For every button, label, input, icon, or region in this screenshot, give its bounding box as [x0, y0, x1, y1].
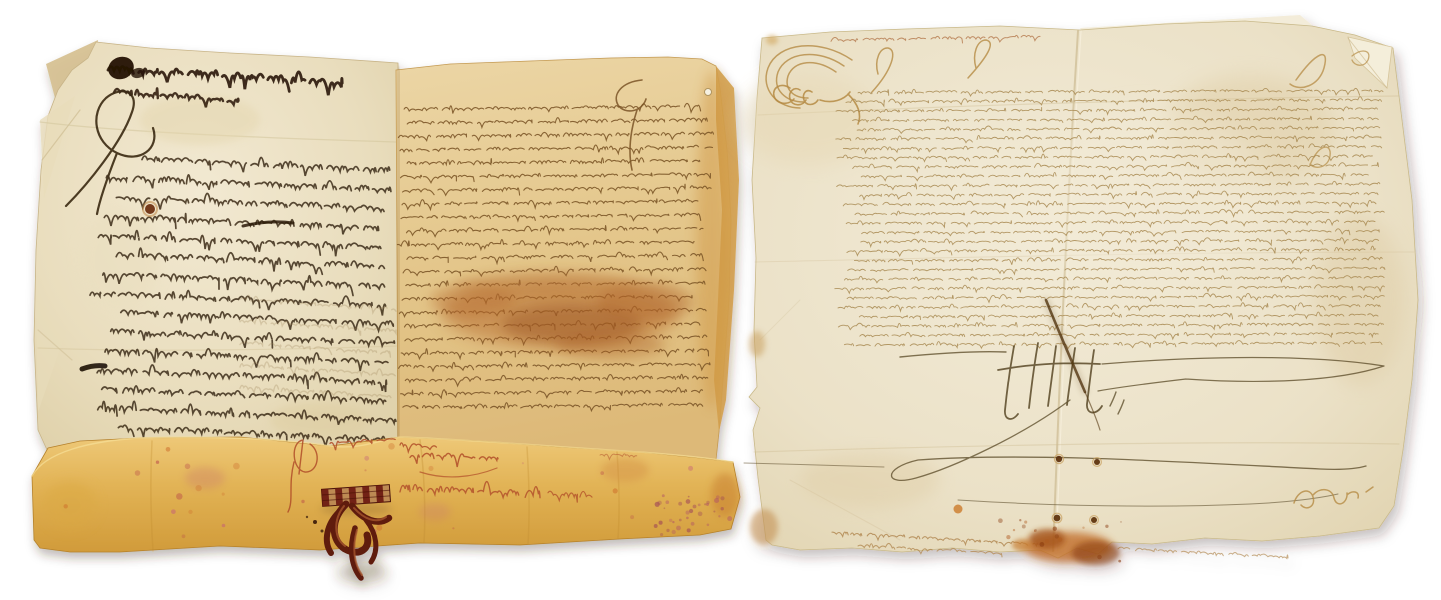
speckle	[720, 496, 724, 500]
plica-blotch	[419, 503, 451, 521]
speckle	[428, 466, 433, 471]
speckle	[693, 505, 697, 509]
inner-page	[396, 57, 731, 462]
manuscript-line	[1118, 547, 1288, 558]
speckle	[688, 496, 690, 498]
plica-blotch	[601, 458, 649, 482]
speckle	[166, 447, 171, 452]
edge-stain-bottom-left	[750, 509, 778, 545]
speckle	[665, 500, 669, 504]
speckle	[522, 462, 524, 464]
speckle	[679, 519, 682, 522]
ribbon-stripe	[376, 485, 384, 502]
speckle	[1118, 560, 1121, 563]
speckle	[721, 507, 724, 510]
speckle	[1120, 521, 1122, 523]
speckle	[714, 498, 719, 503]
manuscript-photo-canvas	[0, 0, 1441, 600]
speckle	[1045, 539, 1049, 543]
speckle	[222, 524, 226, 528]
edge-stain-top	[766, 35, 778, 45]
ribbon-stripe	[362, 486, 370, 503]
speckle	[188, 510, 192, 514]
ribbon-stripe	[321, 489, 329, 506]
speckle	[222, 493, 225, 496]
speckle	[1006, 535, 1010, 539]
speckle	[727, 516, 732, 521]
speckle	[1105, 525, 1108, 528]
rust-stain-edge	[1012, 539, 1032, 551]
speckle	[698, 504, 701, 507]
ink-speck	[313, 520, 317, 524]
speckle	[376, 525, 382, 531]
speckle	[662, 494, 665, 497]
speckle	[1013, 529, 1015, 531]
speckle	[182, 534, 186, 538]
speckle	[364, 456, 369, 461]
speckle	[195, 485, 201, 491]
punch-hole	[705, 89, 712, 96]
speckle	[233, 463, 240, 470]
speckle	[678, 502, 682, 506]
fold-hole	[1094, 459, 1100, 465]
ribbon-stripe	[335, 488, 343, 505]
speckle	[185, 464, 191, 470]
ribbon-stripe	[349, 487, 357, 504]
speckle	[135, 470, 141, 476]
plica-blotch	[711, 473, 739, 517]
speckle	[704, 503, 706, 505]
speckle	[63, 504, 67, 508]
speckle	[666, 529, 669, 532]
left-document	[32, 40, 740, 581]
speckle	[672, 521, 674, 523]
speckle	[613, 488, 618, 493]
speckle	[1058, 537, 1063, 542]
speckle	[452, 527, 454, 529]
edge-stain-left	[749, 331, 765, 357]
speckle	[672, 530, 676, 534]
rust-stain-core	[1072, 541, 1120, 565]
speckle	[1019, 519, 1021, 521]
speckle	[689, 509, 693, 513]
bottom-note-3	[1118, 547, 1288, 558]
speckle	[176, 493, 183, 500]
ink-speck	[306, 516, 308, 518]
speckle	[388, 443, 395, 450]
speckle	[664, 507, 666, 509]
speckle	[713, 510, 715, 512]
fold-hole	[1054, 515, 1061, 522]
right-document	[740, 15, 1418, 565]
speckle	[1034, 530, 1036, 532]
speckle	[654, 524, 658, 528]
speckle	[691, 522, 695, 526]
speckle	[1055, 534, 1059, 538]
ink-speck	[321, 530, 324, 533]
speckle	[660, 533, 663, 536]
speckle	[707, 523, 710, 526]
speckle	[718, 515, 720, 517]
speckle	[676, 526, 681, 531]
speckle	[301, 500, 304, 503]
plica-blotch	[185, 467, 225, 489]
orange-spot	[954, 505, 963, 514]
speckle	[1097, 555, 1102, 560]
speckle	[659, 521, 663, 525]
speckle	[171, 509, 176, 514]
speckle	[364, 469, 366, 471]
speckle	[1040, 542, 1045, 547]
speckle	[686, 517, 689, 520]
speckle	[669, 519, 672, 522]
speckle	[1024, 521, 1027, 524]
page-gap-shadow	[398, 70, 399, 458]
burn-hole	[145, 204, 155, 214]
speckle	[156, 461, 159, 464]
speckle	[655, 502, 660, 507]
age-blotch	[140, 95, 260, 145]
speckle	[998, 518, 1003, 523]
stain-spread	[455, 273, 635, 297]
speckle	[686, 499, 691, 504]
speckle	[600, 471, 604, 475]
stain-spread	[555, 331, 665, 359]
plica-blotch	[44, 481, 96, 529]
speckle	[1082, 527, 1084, 529]
photo-stage	[0, 0, 1441, 600]
fold-hole	[1056, 456, 1062, 462]
speckle	[687, 528, 691, 532]
speckle	[630, 515, 634, 519]
speckle	[1053, 527, 1057, 531]
speckle	[706, 503, 709, 506]
fold-hole	[1091, 517, 1097, 523]
speckle	[688, 466, 693, 471]
speckle	[698, 511, 703, 516]
speckle	[1022, 525, 1026, 529]
